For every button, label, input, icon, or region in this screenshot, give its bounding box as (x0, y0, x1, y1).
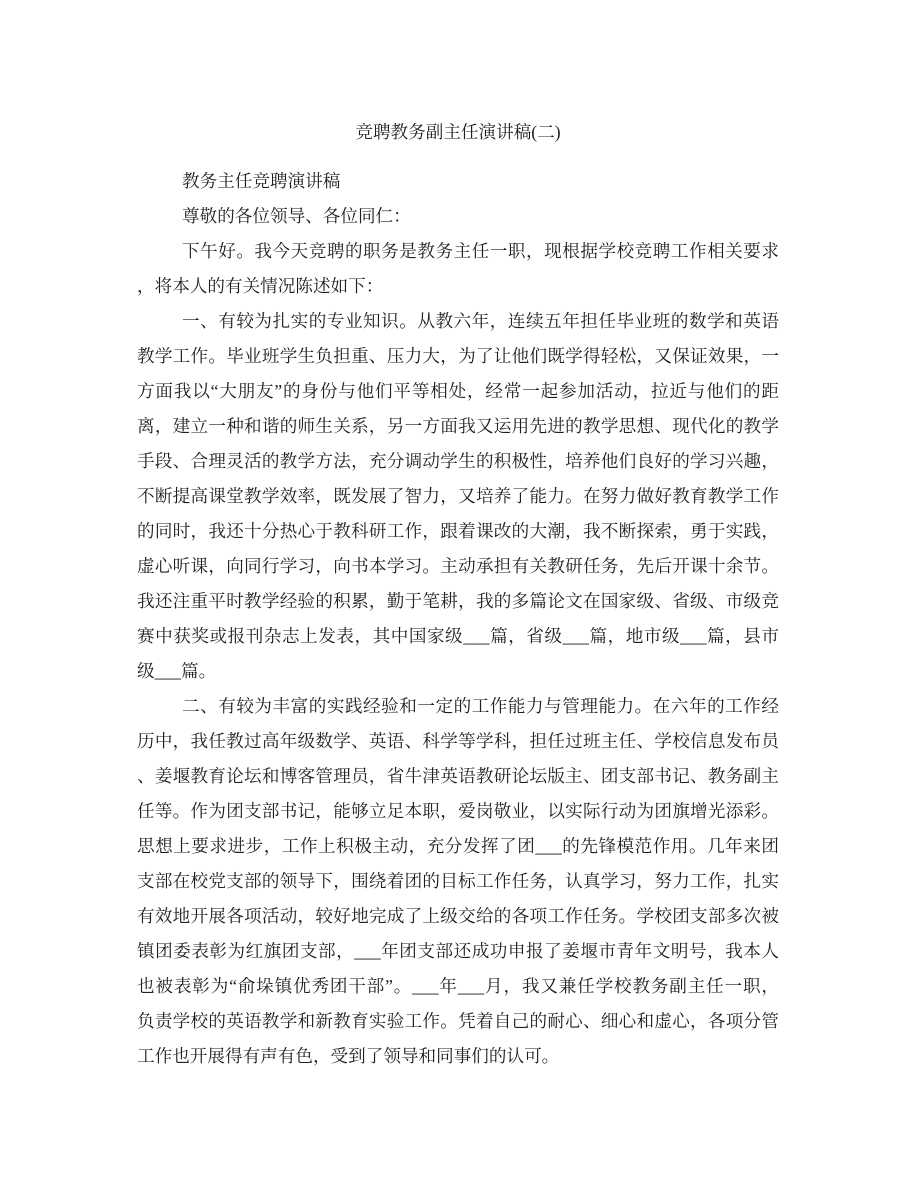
text-line: 尊敬的各位领导、各位同仁： (137, 199, 779, 234)
text-line: 教务主任竞聘演讲稿 (137, 164, 779, 199)
text-line: 不断提高课堂教学效率，既发展了智力，又培养了能力。在努力做好教育教学工作 (137, 479, 779, 514)
paragraph-section-two: 二、有较为丰富的实践经验和一定的工作能力与管理能力。在六年的工作经 历中，我任教… (137, 689, 779, 1074)
text-line: 教学工作。毕业班学生负担重、压力大，为了让他们既学得轻松，又保证效果，一 (137, 339, 779, 374)
text-line: 二、有较为丰富的实践经验和一定的工作能力与管理能力。在六年的工作经 (137, 689, 779, 724)
text-line: 也被表彰为“俞垛镇优秀团干部”。___年___月，我又兼任学校教务副主任一职， (137, 969, 779, 1004)
document-title: 竞聘教务副主任演讲稿(二) (137, 115, 779, 150)
text-line: 一、有较为扎实的专业知识。从教六年，连续五年担任毕业班的数学和英语 (137, 304, 779, 339)
text-line: 手段、合理灵活的教学方法，充分调动学生的积极性，培养他们良好的学习兴趣， (137, 444, 779, 479)
paragraph-section-one: 一、有较为扎实的专业知识。从教六年，连续五年担任毕业班的数学和英语 教学工作。毕… (137, 304, 779, 689)
text-line: 支部在校党支部的领导下，围绕着团的目标工作任务，认真学习，努力工作，扎实 (137, 864, 779, 899)
document-body: 教务主任竞聘演讲稿 尊敬的各位领导、各位同仁： 下午好。我今天竞聘的职务是教务主… (137, 164, 779, 1074)
paragraph-subtitle: 教务主任竞聘演讲稿 (137, 164, 779, 199)
text-line: 级___篇。 (137, 654, 779, 689)
text-line: 离，建立一种和谐的师生关系，另一方面我又运用先进的教学思想、现代化的教学 (137, 409, 779, 444)
text-line: 下午好。我今天竞聘的职务是教务主任一职，现根据学校竞聘工作相关要求 (137, 234, 779, 269)
text-line: 任等。作为团支部书记，能够立足本职，爱岗敬业，以实际行动为团旗增光添彩。 (137, 794, 779, 829)
text-line: 、姜堰教育论坛和博客管理员，省牛津英语教研论坛版主、团支部书记、教务副主 (137, 759, 779, 794)
text-line: 有效地开展各项活动，较好地完成了上级交给的各项工作任务。学校团支部多次被 (137, 899, 779, 934)
text-line: 镇团委表彰为红旗团支部，___年团支部还成功申报了姜堰市青年文明号，我本人 (137, 934, 779, 969)
text-line: 历中，我任教过高年级数学、英语、科学等学科，担任过班主任、学校信息发布员 (137, 724, 779, 759)
text-line: 思想上要求进步，工作上积极主动，充分发挥了团___的先锋模范作用。几年来团 (137, 829, 779, 864)
text-line: 虚心听课，向同行学习，向书本学习。主动承担有关教研任务，先后开课十余节。 (137, 549, 779, 584)
document-page: 竞聘教务副主任演讲稿(二) 教务主任竞聘演讲稿 尊敬的各位领导、各位同仁： 下午… (0, 0, 920, 1191)
text-line: ，将本人的有关情况陈述如下： (137, 269, 779, 304)
paragraph-salutation: 尊敬的各位领导、各位同仁： (137, 199, 779, 234)
text-line: 工作也开展得有声有色，受到了领导和同事们的认可。 (137, 1039, 779, 1074)
text-line: 方面我以“大朋友”的身份与他们平等相处，经常一起参加活动，拉近与他们的距 (137, 374, 779, 409)
text-line: 负责学校的英语教学和新教育实验工作。凭着自己的耐心、细心和虚心，各项分管 (137, 1004, 779, 1039)
text-line: 我还注重平时教学经验的积累，勤于笔耕，我的多篇论文在国家级、省级、市级竞 (137, 584, 779, 619)
text-line: 赛中获奖或报刊杂志上发表，其中国家级___篇，省级___篇，地市级___篇，县市 (137, 619, 779, 654)
text-line: 的同时，我还十分热心于教科研工作，跟着课改的大潮，我不断探索，勇于实践， (137, 514, 779, 549)
paragraph-greeting: 下午好。我今天竞聘的职务是教务主任一职，现根据学校竞聘工作相关要求 ，将本人的有… (137, 234, 779, 304)
